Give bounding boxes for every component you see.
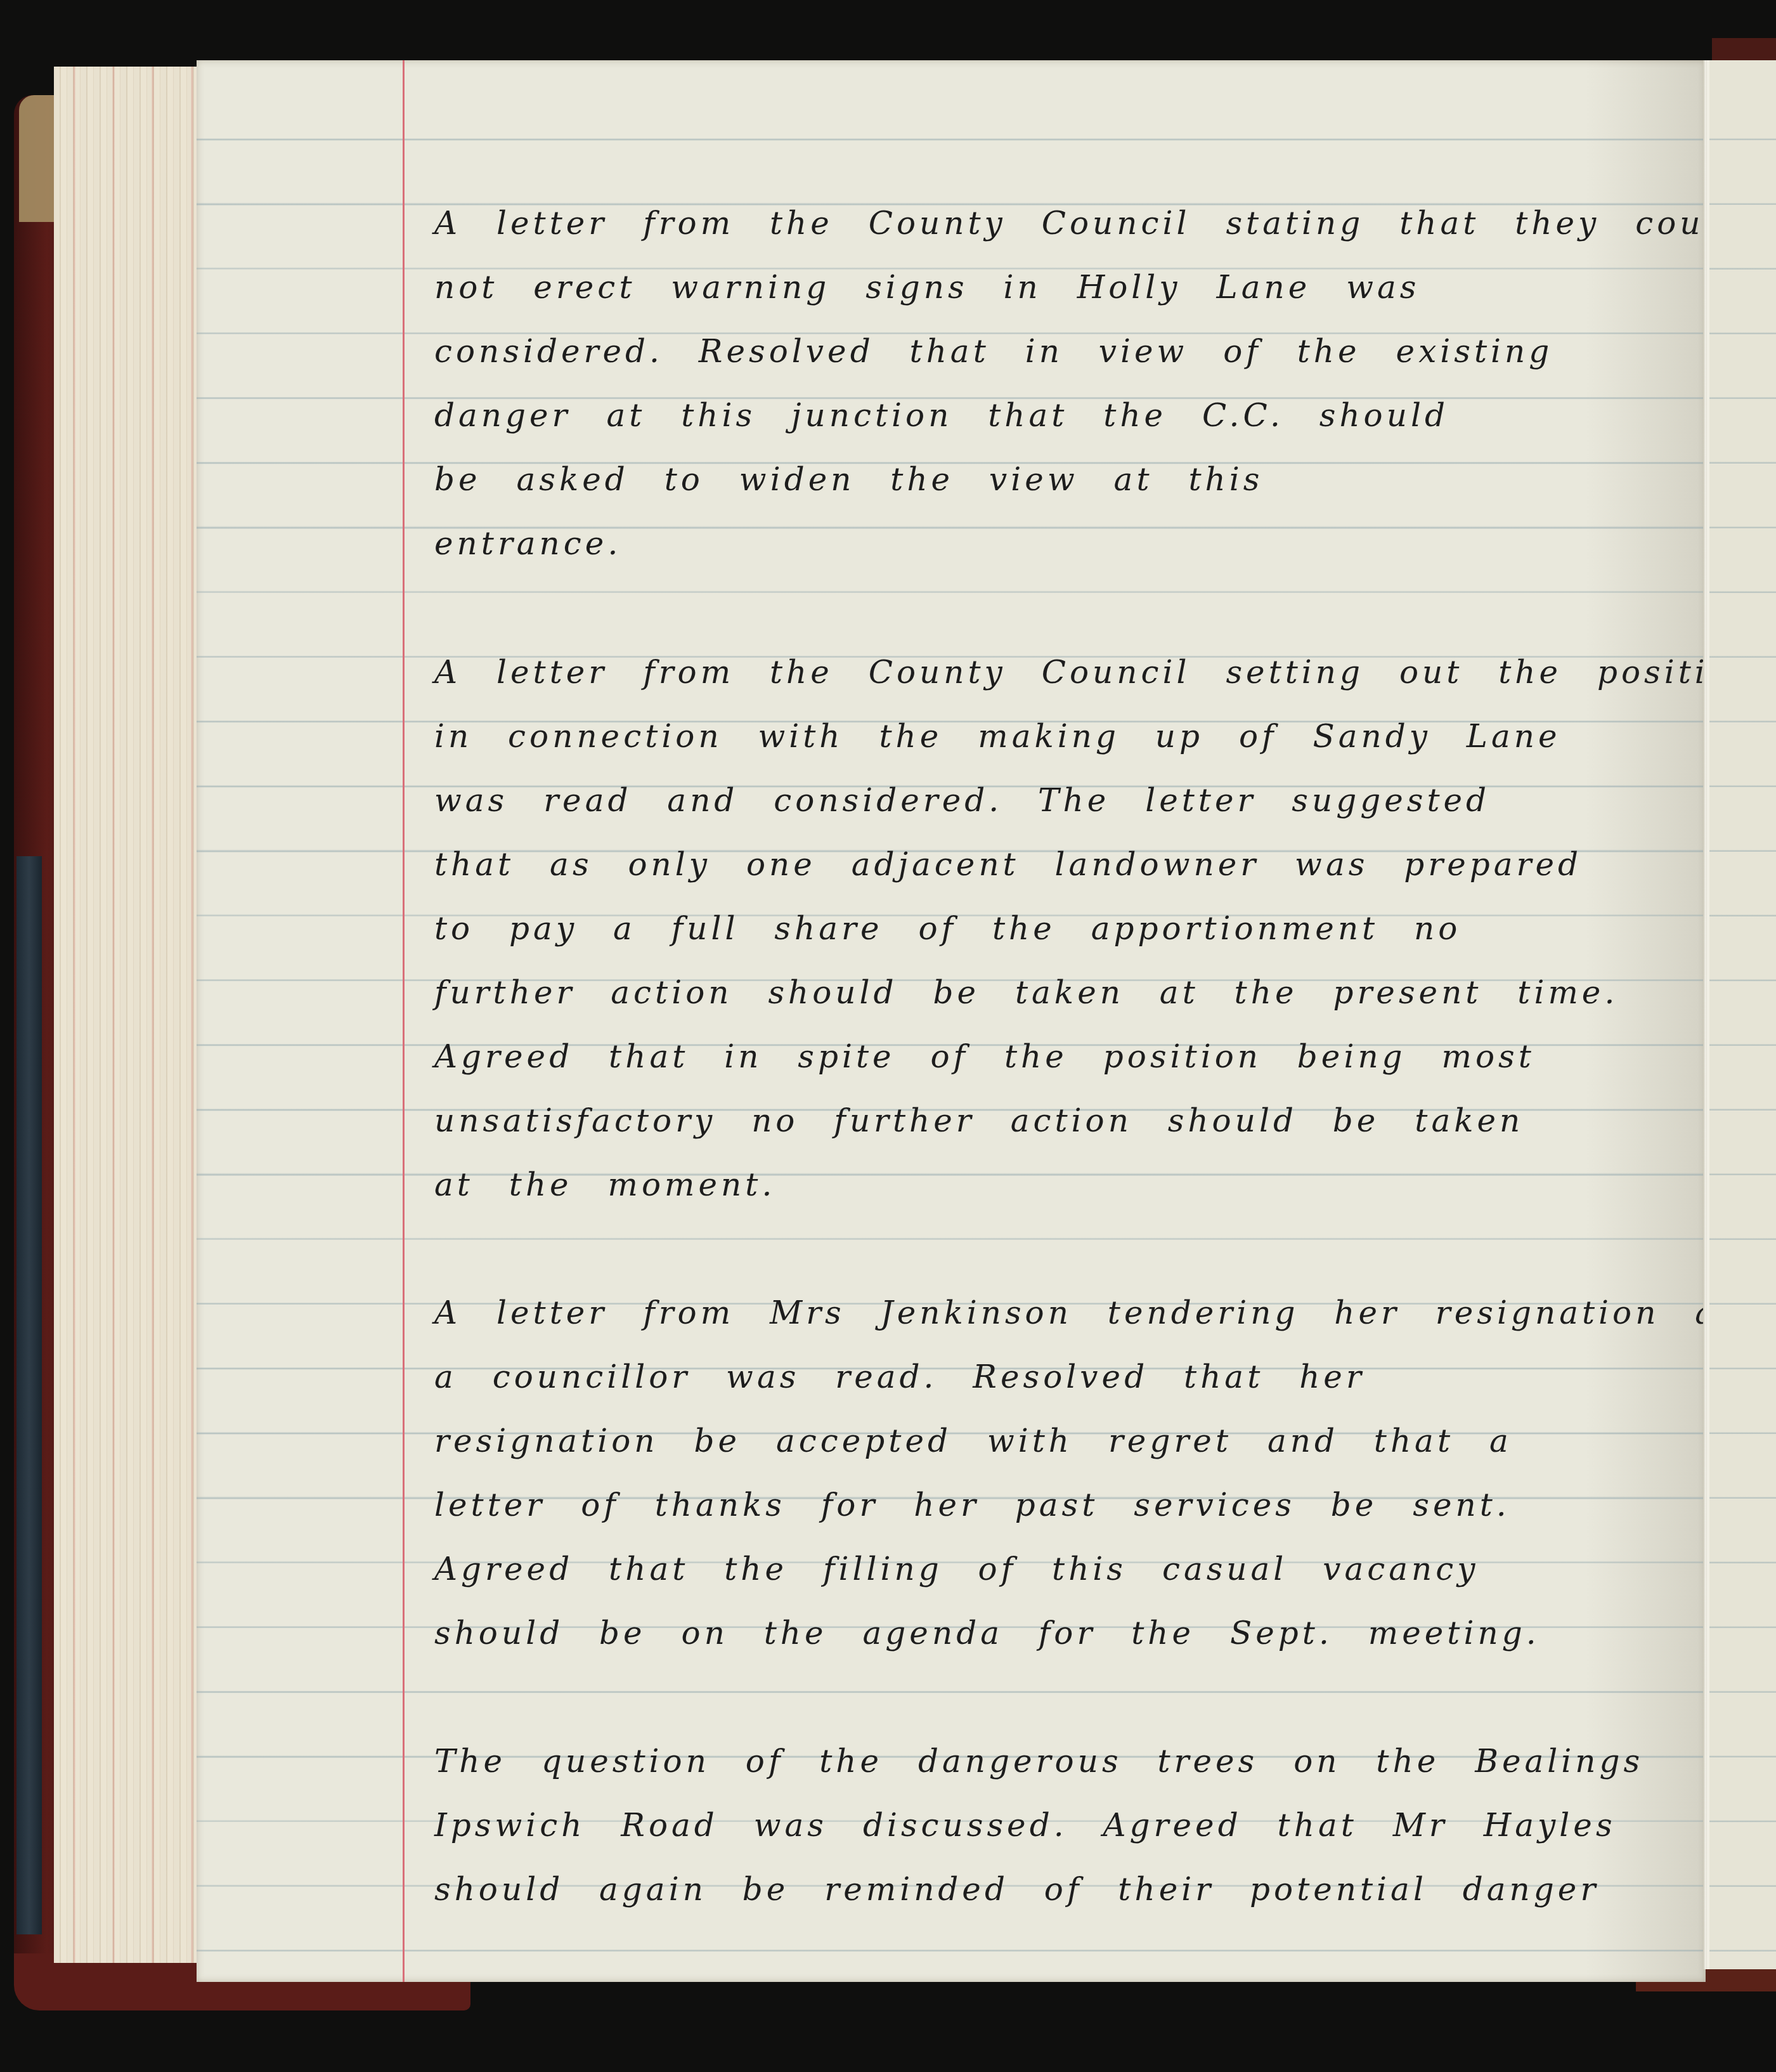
paragraph-1-line-4: danger at this junction that the C.C. sh…	[434, 387, 1449, 444]
paragraph-2-line-5: to pay a full share of the apportionment…	[434, 900, 1461, 957]
paragraph-1-line-3: considered. Resolved that in view of the…	[434, 323, 1553, 380]
paragraph-1-line-6: entrance.	[434, 515, 621, 572]
paragraph-4-line-1: The question of the dangerous trees on t…	[434, 1733, 1643, 1790]
paragraph-2-line-4: that as only one adjacent landowner was …	[434, 836, 1582, 893]
paragraph-2-line-7: Agreed that in spite of the position bei…	[434, 1028, 1535, 1085]
book-cover-cloth	[16, 856, 42, 1934]
paragraph-2-line-6: further action should be taken at the pr…	[434, 964, 1618, 1021]
paragraph-3-line-1: A letter from Mrs Jenkinson tendering he…	[434, 1284, 1738, 1341]
paragraph-2-line-8: unsatisfactory no further action should …	[434, 1092, 1524, 1149]
paragraph-2-line-9: at the moment.	[434, 1156, 775, 1213]
paragraph-4-line-2: Ipswich Road was discussed. Agreed that …	[434, 1797, 1616, 1854]
paragraph-1-line-2: not erect warning signs in Holly Lane wa…	[434, 259, 1420, 316]
red-margin-rule	[403, 60, 405, 1982]
paragraph-1-line-1: A letter from the County Council stating…	[434, 195, 1742, 252]
paragraph-3-line-5: Agreed that the filling of this casual v…	[434, 1541, 1479, 1598]
page-edge-stack	[54, 67, 197, 1963]
paragraph-3-line-6: should be on the agenda for the Sept. me…	[434, 1605, 1540, 1662]
book-cover-right-top	[1712, 38, 1776, 63]
paragraph-3-line-4: letter of thanks for her past services b…	[434, 1476, 1510, 1534]
paragraph-1-line-5: be asked to widen the view at this	[434, 451, 1263, 508]
paragraph-4-line-3: should again be reminded of their potent…	[434, 1861, 1599, 1918]
paragraph-3-line-3: resignation be accepted with regret and …	[434, 1412, 1512, 1469]
paragraph-2-line-3: was read and considered. The letter sugg…	[434, 772, 1490, 829]
paragraph-2-line-2: in connection with the making up of Sand…	[434, 708, 1561, 765]
facing-page-edge	[1707, 60, 1776, 1969]
paragraph-3-line-2: a councillor was read. Resolved that her	[434, 1348, 1365, 1405]
minute-book-page: A letter from the County Council stating…	[197, 60, 1706, 1982]
paragraph-2-line-1: A letter from the County Council setting…	[434, 644, 1756, 701]
